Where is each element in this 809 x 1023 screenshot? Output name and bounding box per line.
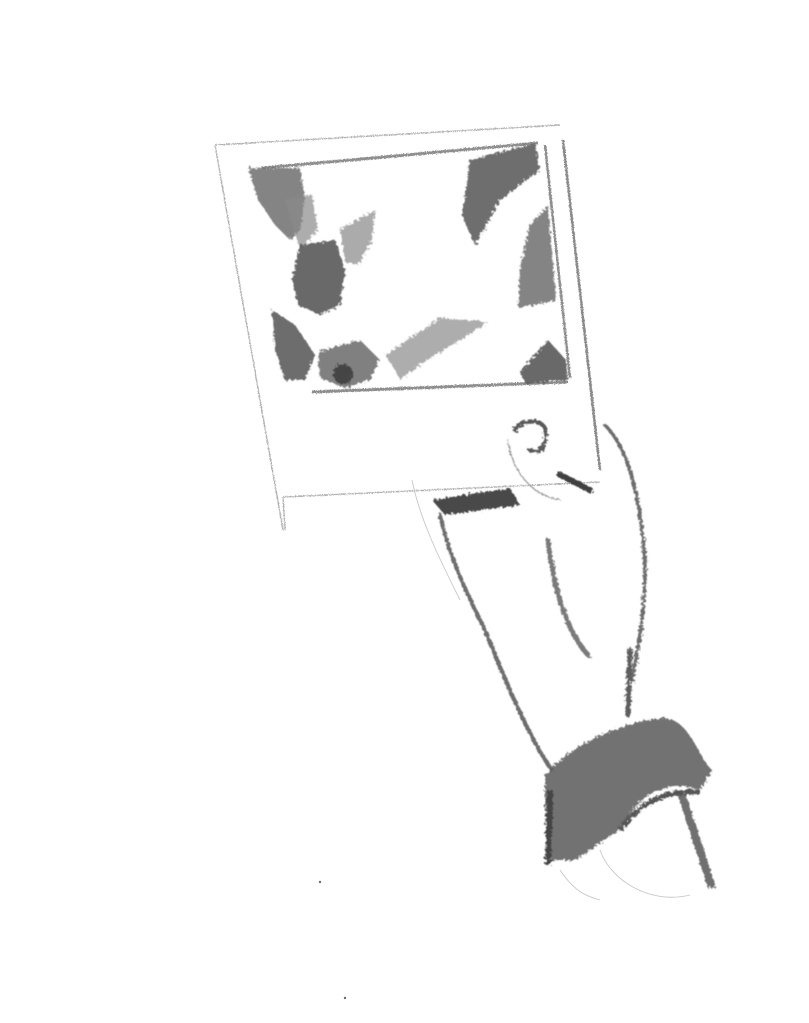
sleeve (545, 718, 712, 888)
ink-specks (319, 881, 346, 999)
hand (432, 421, 645, 770)
illustration (0, 0, 809, 1023)
photo-image (248, 143, 568, 388)
